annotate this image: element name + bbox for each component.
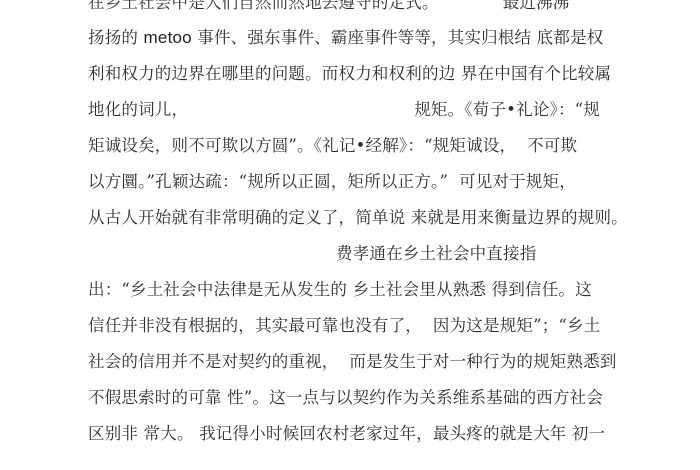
- text-segment: 社会的信用并不是对契约的重视， 而是发生于对一种行为的规矩熟悉到: [88, 350, 617, 374]
- text-line-1: 在乡土社会中是人们自然而然地去遵守的定式。 最近沸沸: [88, 0, 600, 15]
- text-line-2: 扬扬的 metoo 事件、强东事件、霸座事件等等，其实归根结 底都是权: [88, 26, 600, 50]
- document-page: 在乡土社会中是人们自然而然地去遵守的定式。 最近沸沸 扬扬的 metoo 事件、…: [0, 0, 700, 470]
- text-line-11: 社会的信用并不是对契约的重视， 而是发生于对一种行为的规矩熟悉到: [88, 350, 600, 374]
- text-segment: 从古人开始就有非常明确的定义了，简单说 来就是用来衡量边界的规则。: [88, 206, 628, 230]
- text-segment: 扬扬的: [88, 26, 144, 50]
- text-segment: 区别非 常大。 我记得小时候回农村老家过年，最头疼的就是大年 初一: [88, 422, 605, 446]
- text-line-13: 区别非 常大。 我记得小时候回农村老家过年，最头疼的就是大年 初一: [88, 422, 600, 446]
- text-segment: 矩诚设矣，则不可欺以方圆”。《礼记•经解》：“规矩诚设， 不可欺: [88, 134, 577, 158]
- text-line-9: 出：“乡土社会中法律是无从发生的 乡土社会里从熟悉 得到信任。这: [88, 278, 600, 302]
- text-line-10: 信任并非没有根据的，其实最可靠也没有了， 因为这是规矩”；“乡土: [88, 314, 600, 338]
- text-segment: 出：“乡土社会中法律是无从发生的 乡土社会里从熟悉 得到信任。这: [88, 278, 592, 302]
- text-line-5: 矩诚设矣，则不可欺以方圆”。《礼记•经解》：“规矩诚设， 不可欺: [88, 134, 600, 158]
- text-segment: 事件、强东事件、霸座事件等等，其实归根结 底都是权: [192, 26, 604, 50]
- text-line-8: 费孝通在乡土社会中直接指: [88, 242, 600, 266]
- text-line-6: 以方圜。”孔颖达疏：“规所以正圆，矩所以正方。” 可见对于规矩，: [88, 170, 600, 194]
- text-segment: 利和权力的边界在哪里的问题。而权力和权利的边 界在中国有个比较属: [88, 62, 611, 86]
- text-segment: 地化的词儿，: [88, 98, 188, 122]
- text-segment: 信任并非没有根据的，其实最可靠也没有了， 因为这是规矩”；“乡土: [88, 314, 600, 338]
- text-segment: 在乡土社会中是人们自然而然地去遵守的定式。: [88, 0, 439, 15]
- text-segment: 规矩。《荀子•礼论》：“规: [414, 98, 600, 122]
- text-segment: 以方圜。”孔颖达疏：“规所以正圆，矩所以正方。” 可见对于规矩，: [88, 170, 576, 194]
- text-line-7: 从古人开始就有非常明确的定义了，简单说 来就是用来衡量边界的规则。: [88, 206, 600, 230]
- text-line-12: 不假思索时的可靠 性”。这一点与以契约作为关系维系基础的西方社会: [88, 386, 600, 410]
- text-segment: 不假思索时的可靠 性”。这一点与以契约作为关系维系基础的西方社会: [88, 386, 603, 410]
- text-line-3: 利和权力的边界在哪里的问题。而权力和权利的边 界在中国有个比较属: [88, 62, 600, 86]
- text-segment: 最近沸沸: [503, 0, 570, 15]
- text-line-4: 地化的词儿， 规矩。《荀子•礼论》：“规: [88, 98, 600, 122]
- text-segment: 费孝通在乡土社会中直接指: [336, 242, 536, 266]
- latin-term: metoo: [144, 26, 192, 50]
